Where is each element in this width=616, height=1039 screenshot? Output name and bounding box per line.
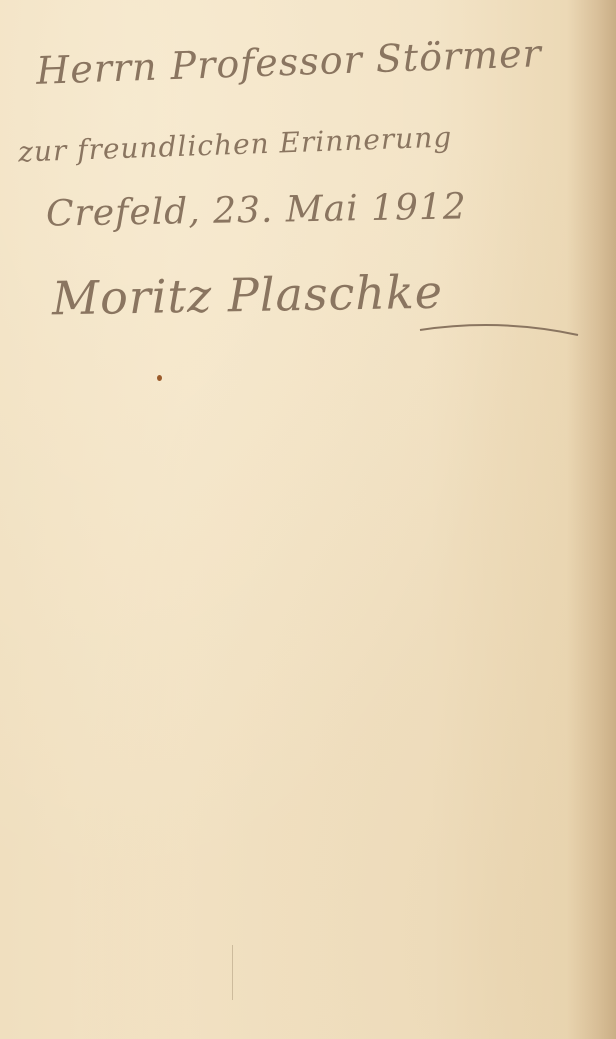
ink-spot — [157, 375, 162, 381]
handwritten-inscription: Herrn Professor Störmer zur freundlichen… — [0, 0, 616, 360]
signature-flourish — [0, 0, 616, 360]
paper-mark — [232, 945, 233, 1000]
